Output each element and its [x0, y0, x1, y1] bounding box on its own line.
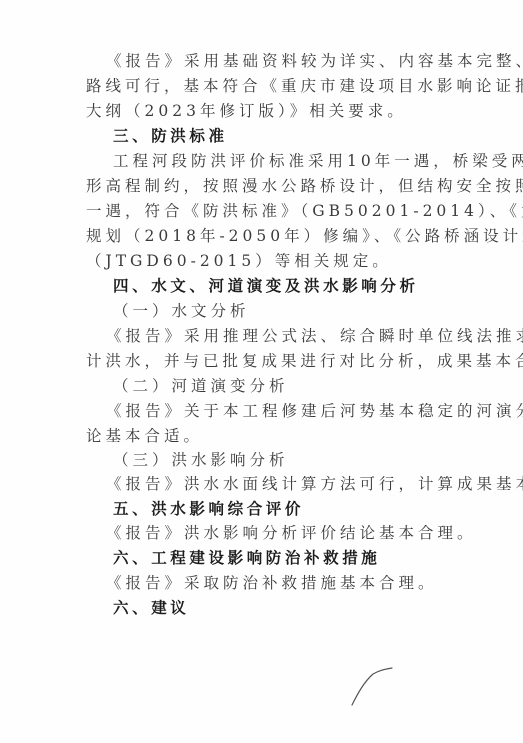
document-page: 《报告》采用基础资料较为详实、内容基本完整、技术 路线可行，基本符合《重庆市建设…: [0, 0, 523, 743]
pen-stroke-mark: [0, 0, 523, 743]
